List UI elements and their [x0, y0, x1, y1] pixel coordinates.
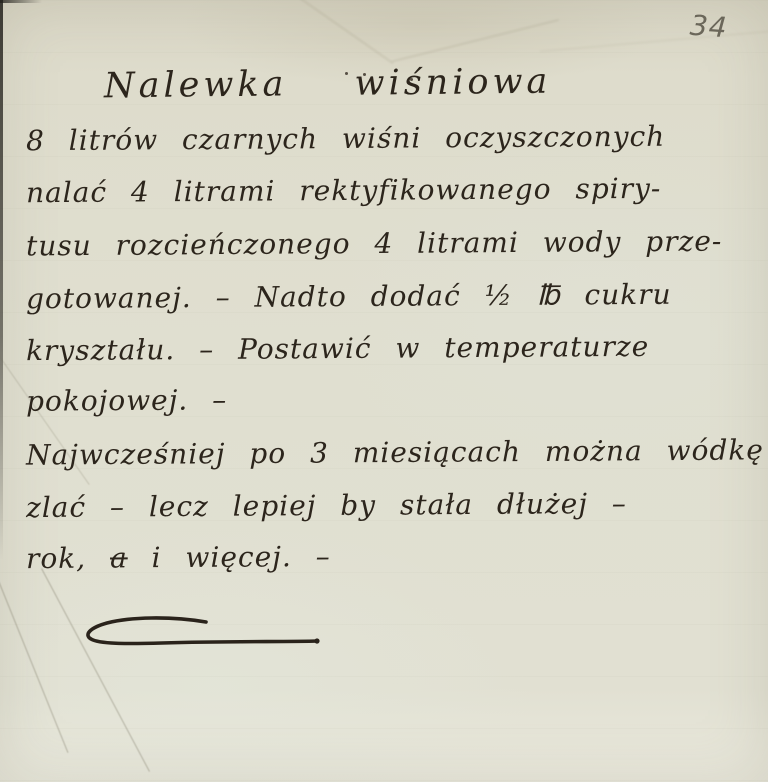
last-line-post: i więcej. –: [128, 540, 331, 574]
paper-scratch: [41, 568, 150, 772]
recipe-line: Najwcześniej po 3 miesiącach można wódkę: [26, 433, 764, 471]
paper-crease: [296, 0, 393, 64]
ink-flourish: [78, 610, 330, 654]
recipe-line: kryształu. – Postawić w temperaturze: [26, 330, 649, 367]
recipe-line: pokojowej. –: [26, 383, 227, 417]
paper-crease: [392, 19, 559, 62]
scan-edge-shadow-top: [0, 0, 42, 3]
page-number: 34: [689, 9, 729, 45]
recipe-line: zlać – lecz lepiej by stała dłużej –: [26, 487, 627, 524]
recipe-line: tusu rozcieńczonego 4 litrami wody prze-: [26, 225, 723, 263]
recipe-line-with-strikethrough: rok, a i więcej. –: [26, 540, 331, 575]
scan-edge-shadow: [0, 0, 3, 560]
recipe-title: Nalewka wiśniowa: [104, 62, 552, 107]
last-line-pre: rok,: [26, 541, 110, 575]
paper-crease: [540, 31, 768, 52]
recipe-line: nalać 4 litrami rektyfikowanego spiry-: [26, 172, 662, 209]
recipe-line: 8 litrów czarnych wiśni oczyszczonych: [26, 120, 665, 157]
recipe-line: gotowanej. – Nadto dodać ½ ℔ cukru: [26, 278, 672, 316]
struck-word: a: [110, 541, 128, 574]
manuscript-page: 34 Nalewka wiśniowa 8 litrów czarnych wi…: [0, 0, 768, 782]
paper-scratch: [0, 567, 68, 753]
